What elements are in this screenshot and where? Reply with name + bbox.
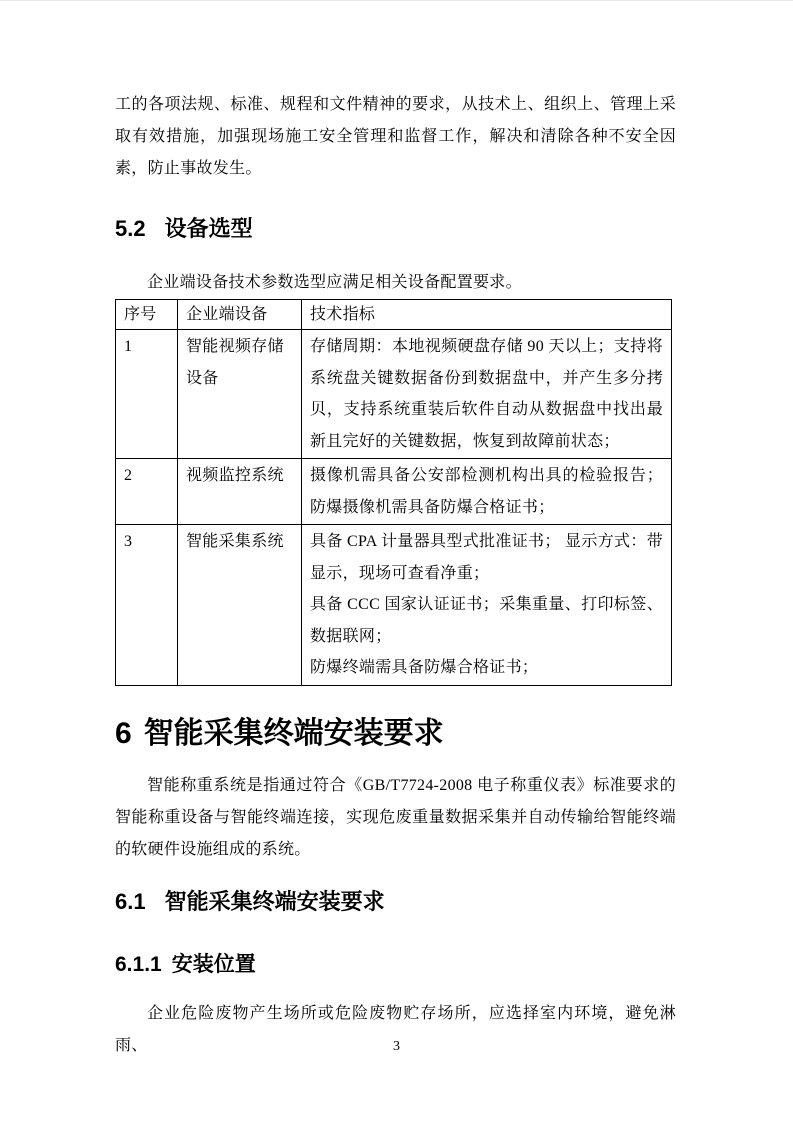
heading-5-2-title: 设备选型 [165, 216, 253, 241]
row-1-spec: 存储周期：本地视频硬盘存储 90 天以上；支持将系统盘关键数据备份到数据盘中，并… [302, 330, 672, 459]
table-row-3: 3 智能采集系统 具备 CPA 计量器具型式批准证书； 显示方式：带显示，现场可… [116, 525, 672, 686]
heading-5-2-number: 5.2 [115, 216, 146, 241]
row-3-spec: 具备 CPA 计量器具型式批准证书； 显示方式：带显示，现场可查看净重； 具备 … [302, 525, 672, 686]
row-1-spec-paragraph: 存储周期：本地视频硬盘存储 90 天以上；支持将系统盘关键数据备份到数据盘中，并… [310, 331, 663, 457]
heading-6-1-title: 智能采集终端安装要求 [165, 889, 385, 914]
table-header-row: 序号 企业端设备 技术指标 [116, 300, 672, 330]
table-lead-paragraph: 企业端设备技术参数选型应满足相关设备配置要求。 [115, 267, 676, 299]
heading-6-1-number: 6.1 [115, 889, 146, 914]
heading-6: 6智能采集终端安装要求 [115, 712, 676, 756]
row-1-device: 智能视频存储设备 [178, 330, 302, 459]
heading-6-1-1: 6.1.1安装位置 [115, 950, 676, 980]
row-3-spec-paragraph-1: 具备 CPA 计量器具型式批准证书； 显示方式：带显示，现场可查看净重； [310, 526, 663, 589]
row-3-device: 智能采集系统 [178, 525, 302, 686]
intro-paragraph: 工的各项法规、标准、规程和文件精神的要求，从技术上、组织上、管理上采取有效措施，… [115, 89, 676, 185]
heading-6-number: 6 [115, 717, 132, 750]
column-header-no: 序号 [116, 300, 178, 330]
heading-6-1: 6.1智能采集终端安装要求 [115, 886, 676, 918]
heading-6-title: 智能采集终端安装要求 [144, 717, 444, 750]
row-3-no: 3 [116, 525, 178, 686]
heading-6-1-1-title: 安装位置 [172, 953, 256, 976]
row-3-spec-paragraph-3: 防爆终端需具备防爆合格证书； [310, 652, 663, 684]
row-2-spec-paragraph: 摄像机需具备公安部检测机构出具的检验报告；防爆摄像机需具备防爆合格证书； [310, 460, 663, 523]
row-1-no: 1 [116, 330, 178, 459]
row-3-spec-paragraph-2: 具备 CCC 国家认证证书；采集重量、打印标签、数据联网； [310, 589, 663, 652]
row-2-device: 视频监控系统 [178, 459, 302, 525]
column-header-device: 企业端设备 [178, 300, 302, 330]
table-row-2: 2 视频监控系统 摄像机需具备公安部检测机构出具的检验报告；防爆摄像机需具备防爆… [116, 459, 672, 525]
column-header-spec: 技术指标 [302, 300, 672, 330]
row-2-spec: 摄像机需具备公安部检测机构出具的检验报告；防爆摄像机需具备防爆合格证书； [302, 459, 672, 525]
document-page: 工的各项法规、标准、规程和文件精神的要求，从技术上、组织上、管理上采取有效措施，… [0, 0, 793, 1122]
device-spec-table: 序号 企业端设备 技术指标 1 智能视频存储设备 存储周期：本地视频硬盘存储 9… [115, 299, 672, 686]
page-number: 3 [0, 1037, 793, 1057]
heading-5-2: 5.2设备选型 [115, 213, 676, 245]
section-6-paragraph: 智能称重系统是指通过符合《GB/T7724-2008 电子称重仪表》标准要求的智… [115, 770, 676, 866]
row-2-no: 2 [116, 459, 178, 525]
table-row-1: 1 智能视频存储设备 存储周期：本地视频硬盘存储 90 天以上；支持将系统盘关键… [116, 330, 672, 459]
heading-6-1-1-number: 6.1.1 [115, 953, 162, 976]
